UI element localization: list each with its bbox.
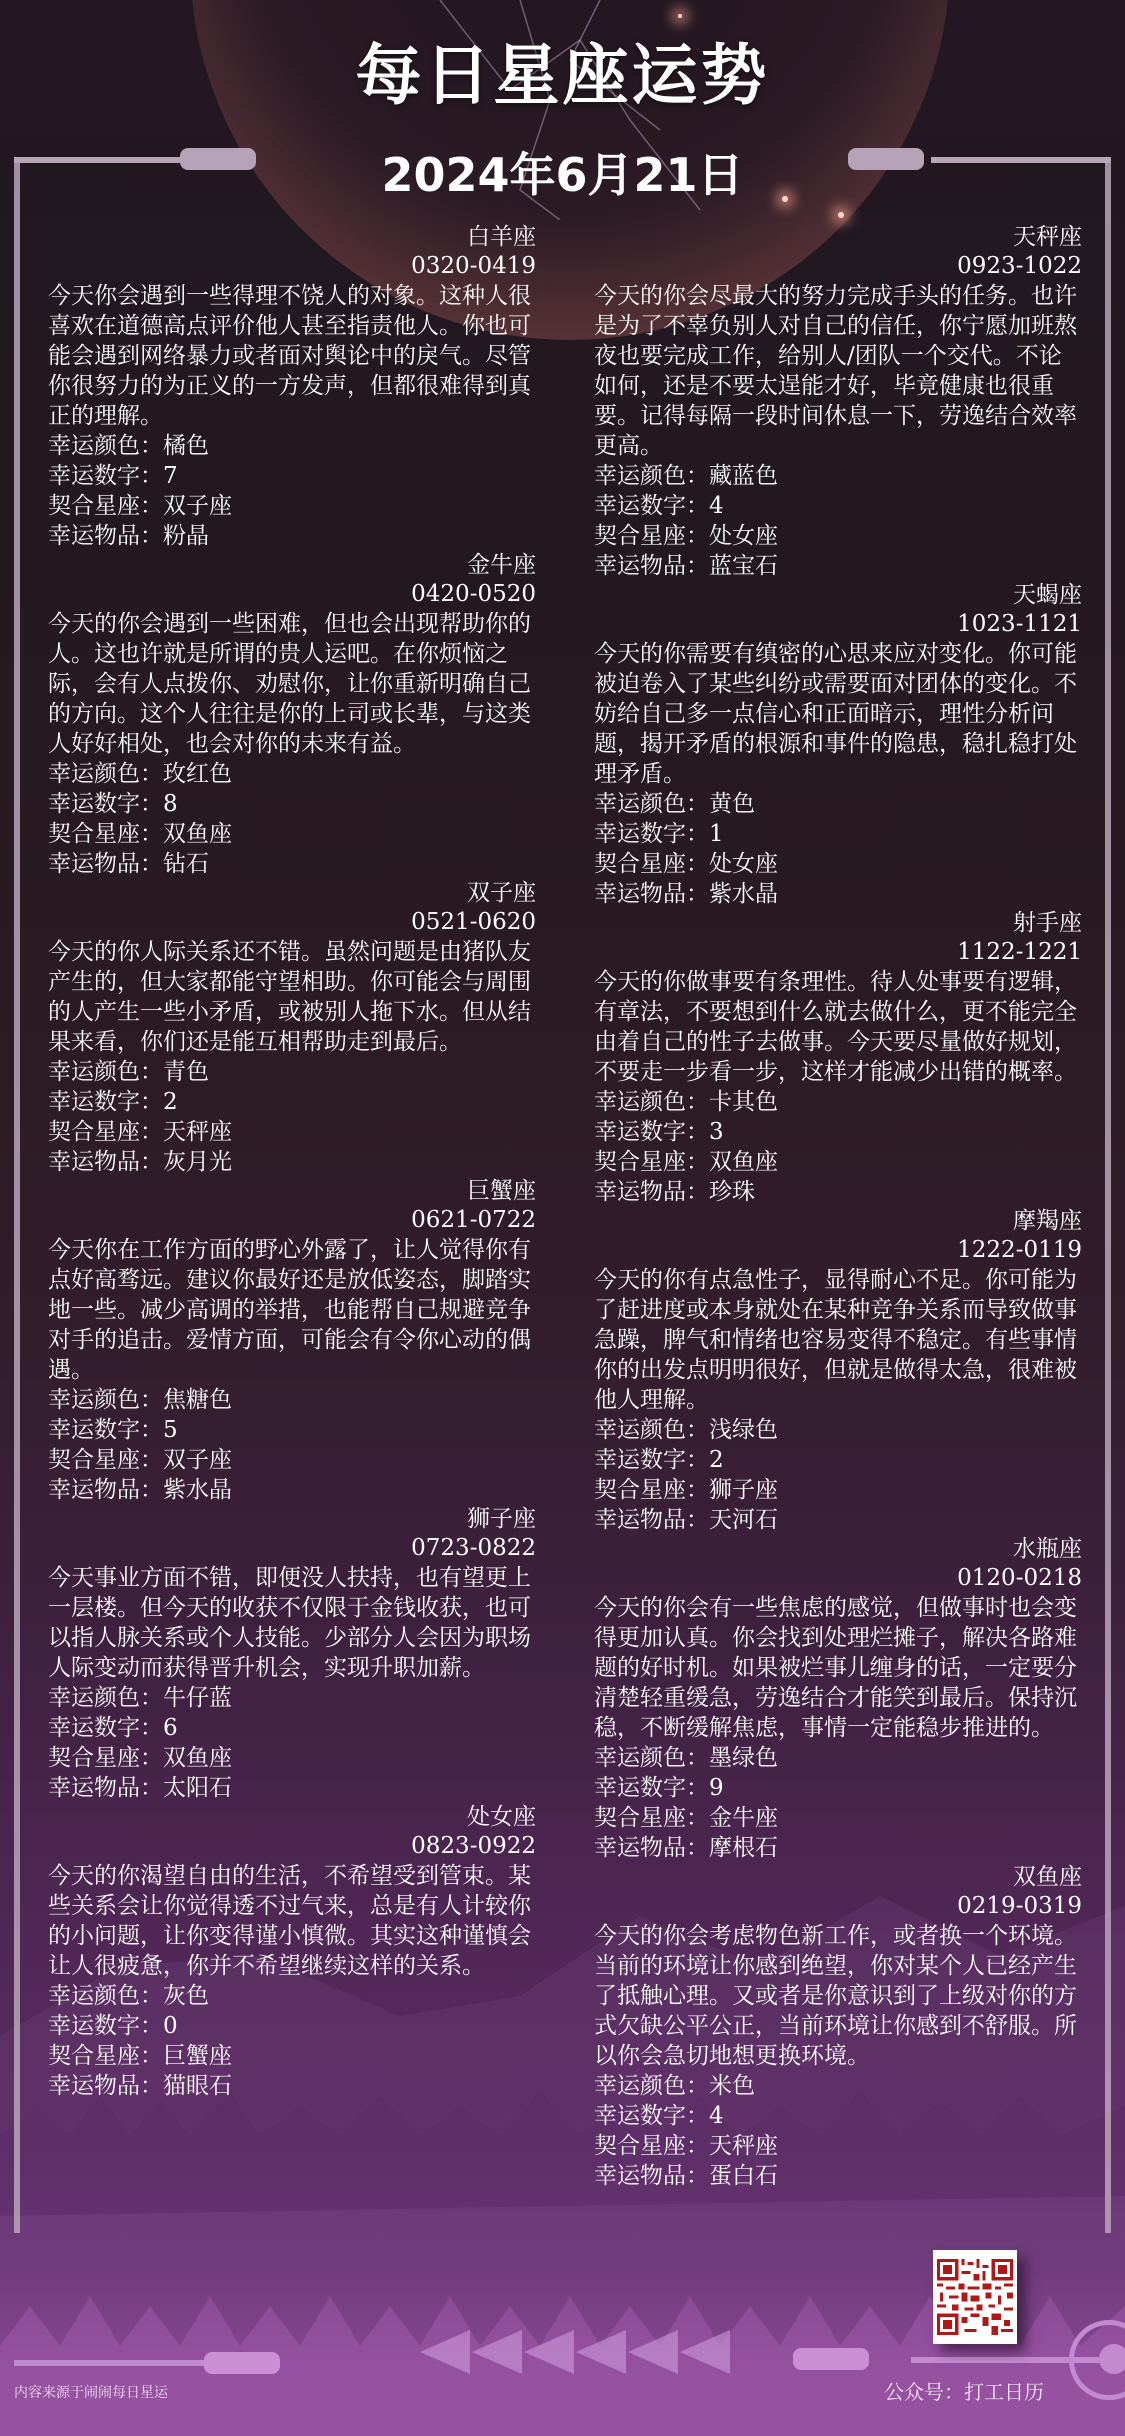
matching-sign: 契合星座：双鱼座 <box>48 1743 538 1773</box>
lucky-color-label: 幸运颜色： <box>48 1387 163 1413</box>
sign-name: 水瓶座 <box>594 1535 1084 1564</box>
matching-sign-value: 处女座 <box>709 523 778 549</box>
arrow-row-decoration <box>420 2330 730 2374</box>
matching-sign: 契合星座：天秤座 <box>48 1117 538 1147</box>
sign-card-pisces: 双鱼座 0219-0319 今天的你会考虑物色新工作，或者换一个环境。当前的环境… <box>594 1863 1084 2191</box>
lucky-color: 幸运颜色：卡其色 <box>594 1087 1084 1117</box>
sign-description: 今天你会遇到一些得理不饶人的对象。这种人很喜欢在道德高点评价他人甚至指责他人。你… <box>48 281 538 431</box>
left-triangle-icon <box>420 2330 470 2374</box>
lucky-item-value: 粉晶 <box>163 523 209 549</box>
sign-date-range: 0823-0922 <box>48 1832 538 1861</box>
lucky-color-value: 卡其色 <box>709 1089 778 1115</box>
lucky-item: 幸运物品：猫眼石 <box>48 2071 538 2101</box>
sign-name: 天蝎座 <box>594 581 1084 610</box>
lucky-item-label: 幸运物品： <box>48 1775 163 1801</box>
lucky-color: 幸运颜色：浅绿色 <box>594 1415 1084 1445</box>
sign-description: 今天你在工作方面的野心外露了，让人觉得你有点好高骛远。建议你最好还是放低姿态，脚… <box>48 1235 538 1385</box>
sign-card-leo: 狮子座 0723-0822 今天事业方面不错，即便没人扶持，也有望更上一层楼。但… <box>48 1505 538 1803</box>
lucky-color: 幸运颜色：米色 <box>594 2071 1084 2101</box>
lucky-number-value: 4 <box>709 2103 724 2129</box>
lucky-number-value: 1 <box>709 821 724 847</box>
matching-sign-value: 天秤座 <box>709 2133 778 2159</box>
matching-sign-label: 契合星座： <box>594 1149 709 1175</box>
matching-sign-label: 契合星座： <box>594 1477 709 1503</box>
sign-name: 金牛座 <box>48 551 538 580</box>
lucky-color-label: 幸运颜色： <box>48 761 163 787</box>
lucky-color-label: 幸运颜色： <box>48 1685 163 1711</box>
matching-sign: 契合星座：处女座 <box>594 521 1084 551</box>
lucky-color-label: 幸运颜色： <box>594 1089 709 1115</box>
lucky-item-value: 天河石 <box>709 1507 778 1533</box>
sign-date-range: 0521-0620 <box>48 908 538 937</box>
lucky-number-value: 3 <box>709 1119 724 1145</box>
sign-name: 射手座 <box>594 909 1084 938</box>
lucky-number-label: 幸运数字： <box>594 1775 709 1801</box>
lucky-number-value: 7 <box>163 463 178 489</box>
lucky-item: 幸运物品：紫水晶 <box>594 879 1084 909</box>
lucky-color-label: 幸运颜色： <box>594 1745 709 1771</box>
sign-date-range: 1023-1121 <box>594 610 1084 639</box>
frame-ring-dot-decoration <box>1099 2344 1125 2374</box>
content-source-note: 内容来源于闹闹每日星运 <box>14 2382 168 2402</box>
lucky-color-value: 焦糖色 <box>163 1387 232 1413</box>
lucky-color-value: 玫红色 <box>163 761 232 787</box>
left-triangle-icon <box>628 2330 678 2374</box>
matching-sign: 契合星座：天秤座 <box>594 2131 1084 2161</box>
matching-sign-value: 巨蟹座 <box>163 2043 232 2069</box>
left-triangle-icon <box>524 2330 574 2374</box>
sign-card-cancer: 巨蟹座 0621-0722 今天你在工作方面的野心外露了，让人觉得你有点好高骛远… <box>48 1177 538 1505</box>
left-triangle-icon <box>472 2330 522 2374</box>
sign-description: 今天的你会尽最大的努力完成手头的任务。也许是为了不辜负别人对自己的信任，你宁愿加… <box>594 281 1084 461</box>
lucky-number: 幸运数字：4 <box>594 491 1084 521</box>
sign-name: 狮子座 <box>48 1505 538 1534</box>
lucky-number-value: 0 <box>163 2013 178 2039</box>
sign-description: 今天的你需要有缜密的心思来应对变化。你可能被迫卷入了某些纠纷或需要面对团体的变化… <box>594 639 1084 789</box>
lucky-item: 幸运物品：珍珠 <box>594 1177 1084 1207</box>
page-title: 每日星座运势 <box>0 22 1125 117</box>
signs-column-right: 天秤座 0923-1022 今天的你会尽最大的努力完成手头的任务。也许是为了不辜… <box>594 223 1084 2191</box>
sign-date-range: 1122-1221 <box>594 938 1084 967</box>
lucky-item-value: 猫眼石 <box>163 2073 232 2099</box>
sign-card-libra: 天秤座 0923-1022 今天的你会尽最大的努力完成手头的任务。也许是为了不辜… <box>594 223 1084 581</box>
lucky-number: 幸运数字：2 <box>48 1087 538 1117</box>
matching-sign: 契合星座：双鱼座 <box>48 819 538 849</box>
lucky-number: 幸运数字：0 <box>48 2011 538 2041</box>
matching-sign-label: 契合星座： <box>594 2133 709 2159</box>
sign-card-scorpio: 天蝎座 1023-1121 今天的你需要有缜密的心思来应对变化。你可能被迫卷入了… <box>594 581 1084 909</box>
lucky-item-value: 蛋白石 <box>709 2163 778 2189</box>
sign-description: 今天的你人际关系还不错。虽然问题是由猪队友产生的，但大家都能守望相助。你可能会与… <box>48 937 538 1057</box>
lucky-number-label: 幸运数字： <box>594 821 709 847</box>
sign-date-range: 0420-0520 <box>48 580 538 609</box>
lucky-item: 幸运物品：太阳石 <box>48 1773 538 1803</box>
lucky-item-value: 钻石 <box>163 851 209 877</box>
sign-name: 白羊座 <box>48 223 538 252</box>
matching-sign: 契合星座：处女座 <box>594 849 1084 879</box>
sign-description: 今天的你会有一些焦虑的感觉，但做事时也会变得更加认真。你会找到处理烂摊子，解决各… <box>594 1593 1084 1743</box>
sign-card-gemini: 双子座 0521-0620 今天的你人际关系还不错。虽然问题是由猪队友产生的，但… <box>48 879 538 1177</box>
matching-sign-label: 契合星座： <box>594 523 709 549</box>
frame-left-line <box>14 157 20 2233</box>
matching-sign-label: 契合星座： <box>48 1119 163 1145</box>
sign-name: 天秤座 <box>594 223 1084 252</box>
lucky-number-label: 幸运数字： <box>48 791 163 817</box>
official-account-label: 公众号：打工日历 <box>884 2376 1044 2405</box>
lucky-item: 幸运物品：紫水晶 <box>48 1475 538 1505</box>
sign-description: 今天的你做事要有条理性。待人处事要有逻辑，有章法，不要想到什么就去做什么，更不能… <box>594 967 1084 1087</box>
lucky-item: 幸运物品：天河石 <box>594 1505 1084 1535</box>
sign-date-range: 1222-0119 <box>594 1236 1084 1265</box>
sign-date-range: 0120-0218 <box>594 1564 1084 1593</box>
matching-sign-value: 狮子座 <box>709 1477 778 1503</box>
lucky-number: 幸运数字：4 <box>594 2101 1084 2131</box>
lucky-number-label: 幸运数字： <box>48 463 163 489</box>
lucky-color-label: 幸运颜色： <box>594 1417 709 1443</box>
lucky-number-value: 2 <box>709 1447 724 1473</box>
lucky-item-value: 珍珠 <box>709 1179 755 1205</box>
sign-card-aquarius: 水瓶座 0120-0218 今天的你会有一些焦虑的感觉，但做事时也会变得更加认真… <box>594 1535 1084 1863</box>
lucky-color: 幸运颜色：玫红色 <box>48 759 538 789</box>
lucky-number-value: 4 <box>709 493 724 519</box>
matching-sign-value: 双鱼座 <box>163 821 232 847</box>
sign-name: 摩羯座 <box>594 1207 1084 1236</box>
sign-date-range: 0219-0319 <box>594 1892 1084 1921</box>
lucky-item-label: 幸运物品： <box>594 881 709 907</box>
lucky-color-value: 橘色 <box>163 433 209 459</box>
sign-date-range: 0723-0822 <box>48 1534 538 1563</box>
lucky-number: 幸运数字：2 <box>594 1445 1084 1475</box>
lucky-color-label: 幸运颜色： <box>594 2073 709 2099</box>
lucky-item-label: 幸运物品： <box>48 523 163 549</box>
lucky-number-label: 幸运数字： <box>48 1089 163 1115</box>
page-header: 每日星座运势 2024年6月21日 <box>0 0 1125 205</box>
lucky-color: 幸运颜色：黄色 <box>594 789 1084 819</box>
matching-sign: 契合星座：狮子座 <box>594 1475 1084 1505</box>
matching-sign-value: 双鱼座 <box>709 1149 778 1175</box>
sparkle-decoration <box>838 212 844 218</box>
lucky-item-value: 摩根石 <box>709 1835 778 1861</box>
sign-description: 今天的你会考虑物色新工作，或者换一个环境。当前的环境让你感到绝望，你对某个人已经… <box>594 1921 1084 2071</box>
matching-sign-value: 双子座 <box>163 493 232 519</box>
lucky-color-value: 灰色 <box>163 1983 209 2009</box>
frame-bottom-left-line <box>14 2360 234 2366</box>
matching-sign-label: 契合星座： <box>48 493 163 519</box>
lucky-item-value: 灰月光 <box>163 1149 232 1175</box>
lucky-number-value: 9 <box>709 1775 724 1801</box>
matching-sign: 契合星座：双子座 <box>48 491 538 521</box>
sign-card-taurus: 金牛座 0420-0520 今天的你会遇到一些困难，但也会出现帮助你的人。这也许… <box>48 551 538 879</box>
lucky-number: 幸运数字：8 <box>48 789 538 819</box>
matching-sign: 契合星座：金牛座 <box>594 1803 1084 1833</box>
lucky-color-value: 青色 <box>163 1059 209 1085</box>
lucky-number-label: 幸运数字： <box>48 1417 163 1443</box>
lucky-number-value: 6 <box>163 1715 178 1741</box>
matching-sign: 契合星座：双子座 <box>48 1445 538 1475</box>
lucky-number-label: 幸运数字： <box>594 493 709 519</box>
lucky-color-label: 幸运颜色： <box>48 1983 163 2009</box>
lucky-item: 幸运物品：钻石 <box>48 849 538 879</box>
sign-card-sagittarius: 射手座 1122-1221 今天的你做事要有条理性。待人处事要有逻辑，有章法，不… <box>594 909 1084 1207</box>
sign-card-capricorn: 摩羯座 1222-0119 今天的你有点急性子，显得耐心不足。你可能为了赶进度或… <box>594 1207 1084 1535</box>
sign-name: 双鱼座 <box>594 1863 1084 1892</box>
matching-sign-label: 契合星座： <box>48 821 163 847</box>
lucky-color-label: 幸运颜色： <box>594 463 709 489</box>
sign-name: 巨蟹座 <box>48 1177 538 1206</box>
lucky-item-label: 幸运物品： <box>594 2163 709 2189</box>
lucky-number-label: 幸运数字： <box>594 2103 709 2129</box>
lucky-number-label: 幸运数字： <box>48 1715 163 1741</box>
lucky-item: 幸运物品：蛋白石 <box>594 2161 1084 2191</box>
sign-name: 双子座 <box>48 879 538 908</box>
lucky-color: 幸运颜色：墨绿色 <box>594 1743 1084 1773</box>
frame-pill-bottom-right <box>793 2348 869 2370</box>
lucky-item: 幸运物品：摩根石 <box>594 1833 1084 1863</box>
lucky-number-value: 5 <box>163 1417 178 1443</box>
matching-sign-label: 契合星座： <box>48 1745 163 1771</box>
sign-card-aries: 白羊座 0320-0419 今天你会遇到一些得理不饶人的对象。这种人很喜欢在道德… <box>48 223 538 551</box>
lucky-color: 幸运颜色：灰色 <box>48 1981 538 2011</box>
lucky-color-label: 幸运颜色： <box>48 433 163 459</box>
lucky-item-label: 幸运物品： <box>48 851 163 877</box>
qr-code-icon[interactable] <box>933 2250 1017 2344</box>
matching-sign-value: 双鱼座 <box>163 1745 232 1771</box>
lucky-item-label: 幸运物品： <box>594 553 709 579</box>
sign-description: 今天的你渴望自由的生活，不希望受到管束。某些关系会让你觉得透不过气来，总是有人计… <box>48 1861 538 1981</box>
lucky-item-label: 幸运物品： <box>594 1507 709 1533</box>
matching-sign: 契合星座：巨蟹座 <box>48 2041 538 2071</box>
lucky-color: 幸运颜色：橘色 <box>48 431 538 461</box>
lucky-number: 幸运数字：6 <box>48 1713 538 1743</box>
sign-date-range: 0923-1022 <box>594 252 1084 281</box>
lucky-color-label: 幸运颜色： <box>594 791 709 817</box>
page-date: 2024年6月21日 <box>0 139 1125 205</box>
lucky-item: 幸运物品：蓝宝石 <box>594 551 1084 581</box>
lucky-number-value: 2 <box>163 1089 178 1115</box>
lucky-item-value: 太阳石 <box>163 1775 232 1801</box>
lucky-color-value: 黄色 <box>709 791 755 817</box>
lucky-color-label: 幸运颜色： <box>48 1059 163 1085</box>
matching-sign-label: 契合星座： <box>48 2043 163 2069</box>
lucky-number-value: 8 <box>163 791 178 817</box>
signs-column-left: 白羊座 0320-0419 今天你会遇到一些得理不饶人的对象。这种人很喜欢在道德… <box>48 223 538 2101</box>
lucky-number: 幸运数字：7 <box>48 461 538 491</box>
lucky-number: 幸运数字：1 <box>594 819 1084 849</box>
lucky-item: 幸运物品：灰月光 <box>48 1147 538 1177</box>
left-triangle-icon <box>576 2330 626 2374</box>
lucky-item-value: 紫水晶 <box>163 1477 232 1503</box>
left-triangle-icon <box>680 2330 730 2374</box>
lucky-color: 幸运颜色：焦糖色 <box>48 1385 538 1415</box>
sign-description: 今天事业方面不错，即便没人扶持，也有望更上一层楼。但今天的收获不仅限于金钱收获，… <box>48 1563 538 1683</box>
lucky-item-label: 幸运物品： <box>48 1149 163 1175</box>
sign-card-virgo: 处女座 0823-0922 今天的你渴望自由的生活，不希望受到管束。某些关系会让… <box>48 1803 538 2101</box>
matching-sign-label: 契合星座： <box>594 851 709 877</box>
lucky-color: 幸运颜色：牛仔蓝 <box>48 1683 538 1713</box>
lucky-number: 幸运数字：5 <box>48 1415 538 1445</box>
sign-date-range: 0621-0722 <box>48 1206 538 1235</box>
lucky-color-value: 墨绿色 <box>709 1745 778 1771</box>
lucky-color-value: 藏蓝色 <box>709 463 778 489</box>
lucky-number: 幸运数字：3 <box>594 1117 1084 1147</box>
matching-sign-value: 双子座 <box>163 1447 232 1473</box>
lucky-color-value: 牛仔蓝 <box>163 1685 232 1711</box>
lucky-item-value: 紫水晶 <box>709 881 778 907</box>
lucky-item-label: 幸运物品： <box>48 1477 163 1503</box>
lucky-number: 幸运数字：9 <box>594 1773 1084 1803</box>
sign-description: 今天的你会遇到一些困难，但也会出现帮助你的人。这也许就是所谓的贵人运吧。在你烦恼… <box>48 609 538 759</box>
frame-right-line <box>1105 157 1111 2233</box>
lucky-color-value: 浅绿色 <box>709 1417 778 1443</box>
matching-sign-label: 契合星座： <box>48 1447 163 1473</box>
lucky-color-value: 米色 <box>709 2073 755 2099</box>
lucky-number-label: 幸运数字： <box>48 2013 163 2039</box>
matching-sign-label: 契合星座： <box>594 1805 709 1831</box>
qr-code-pattern <box>937 2254 1013 2340</box>
lucky-item-value: 蓝宝石 <box>709 553 778 579</box>
lucky-color: 幸运颜色：藏蓝色 <box>594 461 1084 491</box>
lucky-item-label: 幸运物品： <box>48 2073 163 2099</box>
matching-sign-value: 处女座 <box>709 851 778 877</box>
matching-sign-value: 金牛座 <box>709 1805 778 1831</box>
lucky-color: 幸运颜色：青色 <box>48 1057 538 1087</box>
lucky-item-label: 幸运物品： <box>594 1179 709 1205</box>
matching-sign: 契合星座：双鱼座 <box>594 1147 1084 1177</box>
lucky-number-label: 幸运数字： <box>594 1447 709 1473</box>
frame-pill-bottom-left <box>204 2352 280 2374</box>
lucky-item-label: 幸运物品： <box>594 1835 709 1861</box>
matching-sign-value: 天秤座 <box>163 1119 232 1145</box>
lucky-number-label: 幸运数字： <box>594 1119 709 1145</box>
sign-description: 今天的你有点急性子，显得耐心不足。你可能为了赶进度或本身就处在某种竞争关系而导致… <box>594 1265 1084 1415</box>
sign-name: 处女座 <box>48 1803 538 1832</box>
sign-date-range: 0320-0419 <box>48 252 538 281</box>
lucky-item: 幸运物品：粉晶 <box>48 521 538 551</box>
